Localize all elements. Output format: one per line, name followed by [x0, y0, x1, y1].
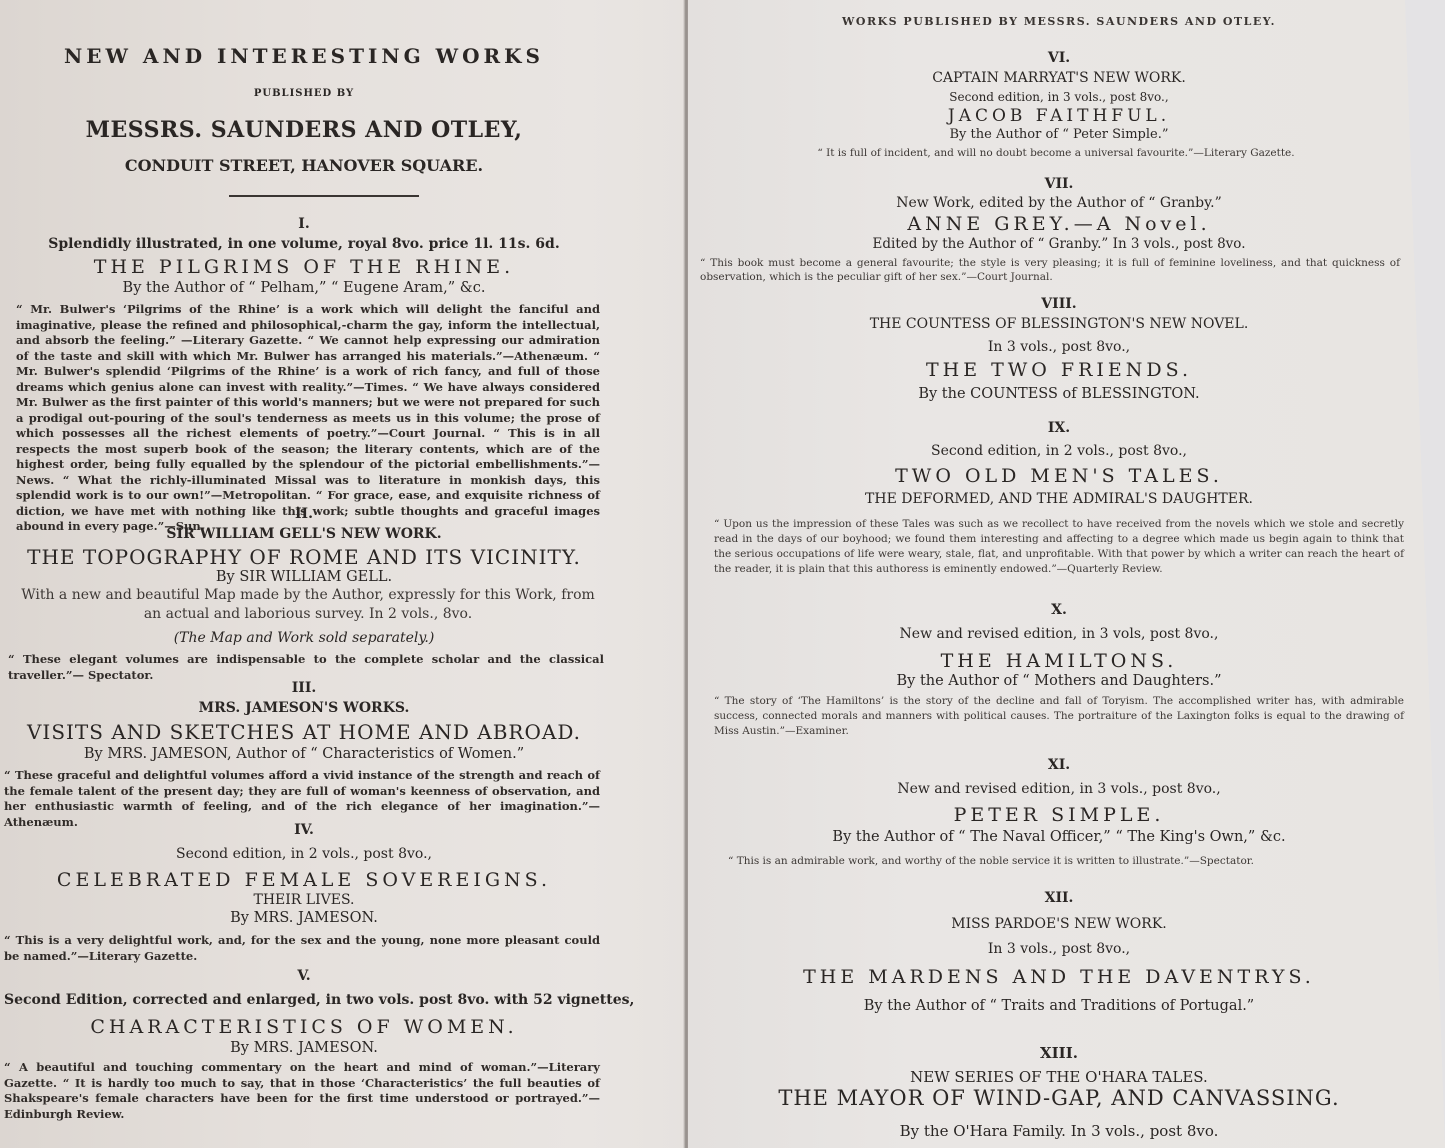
- entry-8-numeral: VIII.: [714, 296, 1404, 312]
- entry-7-title: ANNE GREY.—A Novel.: [714, 213, 1404, 235]
- publisher-name: MESSRS. SAUNDERS AND OTLEY,: [4, 117, 604, 143]
- entry-13-byline: By the O'Hara Family. In 3 vols., post 8…: [714, 1122, 1404, 1140]
- entry-11-numeral: XI.: [714, 757, 1404, 773]
- entry-2-reviews: “ These elegant volumes are indispensabl…: [8, 652, 604, 683]
- entry-5-byline: By MRS. JAMESON.: [4, 1040, 604, 1056]
- entry-8-series: THE COUNTESS OF BLESSINGTON'S NEW NOVEL.: [714, 316, 1404, 332]
- entry-2-title: THE TOPOGRAPHY OF ROME AND ITS VICINITY.: [4, 545, 604, 569]
- entry-10-edition: New and revised edition, in 3 vols, post…: [714, 626, 1404, 642]
- entry-10-numeral: X.: [714, 602, 1404, 618]
- entry-3-title: VISITS AND SKETCHES AT HOME AND ABROAD.: [4, 720, 604, 744]
- entry-4-edition: Second edition, in 2 vols., post 8vo.,: [4, 846, 604, 862]
- entry-4-title: CELEBRATED FEMALE SOVEREIGNS.: [4, 869, 604, 891]
- entry-13-series: NEW SERIES OF THE O'HARA TALES.: [714, 1068, 1404, 1086]
- entry-1-numeral: I.: [4, 216, 604, 232]
- entry-11-title: PETER SIMPLE.: [714, 804, 1404, 826]
- entry-10-reviews: “ The story of ‘The Hamiltons’ is the st…: [714, 694, 1404, 739]
- entry-7-byline: Edited by the Author of “ Granby.” In 3 …: [714, 236, 1404, 252]
- entry-6-edition: Second edition, in 3 vols., post 8vo.,: [714, 90, 1404, 104]
- entry-5-numeral: V.: [4, 968, 604, 984]
- entry-8-edition: In 3 vols., post 8vo.,: [714, 339, 1404, 355]
- entry-2-note: With a new and beautiful Map made by the…: [12, 586, 604, 624]
- entry-10-byline: By the Author of “ Mothers and Daughters…: [714, 673, 1404, 689]
- entry-12-numeral: XII.: [714, 890, 1404, 906]
- publisher-address: CONDUIT STREET, HANOVER SQUARE.: [4, 156, 604, 175]
- entry-6-numeral: VI.: [714, 50, 1404, 66]
- entry-9-reviews: “ Upon us the impression of these Tales …: [714, 517, 1404, 577]
- entry-10-title: THE HAMILTONS.: [714, 650, 1404, 672]
- entry-6-reviews: “ It is full of incident, and will no do…: [726, 146, 1386, 162]
- entry-6-title: JACOB FAITHFUL.: [714, 106, 1404, 126]
- entry-9-edition: Second edition, in 2 vols., post 8vo.,: [714, 443, 1404, 459]
- left-page: NEW AND INTERESTING WORKS PUBLISHED BY M…: [0, 0, 688, 1148]
- entry-12-series: MISS PARDOE'S NEW WORK.: [714, 916, 1404, 932]
- entry-12-byline: By the Author of “ Traits and Traditions…: [714, 998, 1404, 1014]
- entry-2-byline: By SIR WILLIAM GELL.: [4, 569, 604, 585]
- entry-11-edition: New and revised edition, in 3 vols., pos…: [714, 781, 1404, 797]
- entry-8-title: THE TWO FRIENDS.: [714, 359, 1404, 381]
- entry-12-title: THE MARDENS AND THE DAVENTRYS.: [714, 966, 1404, 988]
- entry-3-byline: By MRS. JAMESON, Author of “ Characteris…: [4, 746, 604, 762]
- entry-8-byline: By the COUNTESS of BLESSINGTON.: [714, 386, 1404, 402]
- entry-3-series: MRS. JAMESON'S WORKS.: [4, 700, 604, 716]
- entry-2-series: SIR WILLIAM GELL'S NEW WORK.: [4, 526, 604, 542]
- entry-9-subtitle: THE DEFORMED, AND THE ADMIRAL'S DAUGHTER…: [714, 491, 1404, 507]
- entry-2-aside: (The Map and Work sold separately.): [4, 630, 604, 646]
- entry-4-reviews: “ This is a very delightful work, and, f…: [4, 933, 600, 964]
- entry-1-byline: By the Author of “ Pelham,” “ Eugene Ara…: [4, 280, 604, 296]
- entry-1-reviews: “ Mr. Bulwer's ‘Pilgrims of the Rhine’ i…: [16, 302, 600, 535]
- page-title: NEW AND INTERESTING WORKS: [4, 44, 604, 68]
- entry-7-edition: New Work, edited by the Author of “ Gran…: [714, 195, 1404, 211]
- entry-6-byline: By the Author of “ Peter Simple.”: [714, 127, 1404, 142]
- entry-5-title: CHARACTERISTICS OF WOMEN.: [4, 1016, 604, 1038]
- header-divider: [229, 195, 419, 197]
- right-page: WORKS PUBLISHED BY MESSRS. SAUNDERS AND …: [688, 0, 1445, 1148]
- entry-13-title: THE MAYOR OF WIND-GAP, AND CANVASSING.: [714, 1086, 1404, 1110]
- entry-3-reviews: “ These graceful and delightful volumes …: [4, 768, 600, 830]
- running-head: WORKS PUBLISHED BY MESSRS. SAUNDERS AND …: [714, 15, 1404, 28]
- entry-5-reviews: “ A beautiful and touching commentary on…: [4, 1060, 600, 1122]
- entry-7-reviews: “ This book must become a general favour…: [700, 256, 1400, 284]
- entry-2-numeral: II.: [4, 506, 604, 522]
- entry-11-reviews: “ This is an admirable work, and worthy …: [728, 854, 1418, 870]
- entry-11-byline: By the Author of “ The Naval Officer,” “…: [714, 829, 1404, 845]
- entry-1-edition: Splendidly illustrated, in one volume, r…: [4, 236, 604, 252]
- entry-6-series: CAPTAIN MARRYAT'S NEW WORK.: [714, 70, 1404, 86]
- entry-4-subtitle: THEIR LIVES.: [4, 892, 604, 908]
- entry-13-numeral: XIII.: [714, 1044, 1404, 1062]
- published-by-label: PUBLISHED BY: [4, 88, 604, 99]
- entry-1-title: THE PILGRIMS OF THE RHINE.: [4, 256, 604, 278]
- entry-9-numeral: IX.: [714, 420, 1404, 436]
- entry-4-byline: By MRS. JAMESON.: [4, 910, 604, 926]
- entry-4-numeral: IV.: [4, 822, 604, 838]
- entry-3-numeral: III.: [4, 680, 604, 696]
- entry-9-title: TWO OLD MEN'S TALES.: [714, 465, 1404, 487]
- entry-12-edition: In 3 vols., post 8vo.,: [714, 941, 1404, 957]
- entry-5-edition: Second Edition, corrected and enlarged, …: [4, 992, 604, 1008]
- entry-7-numeral: VII.: [714, 176, 1404, 192]
